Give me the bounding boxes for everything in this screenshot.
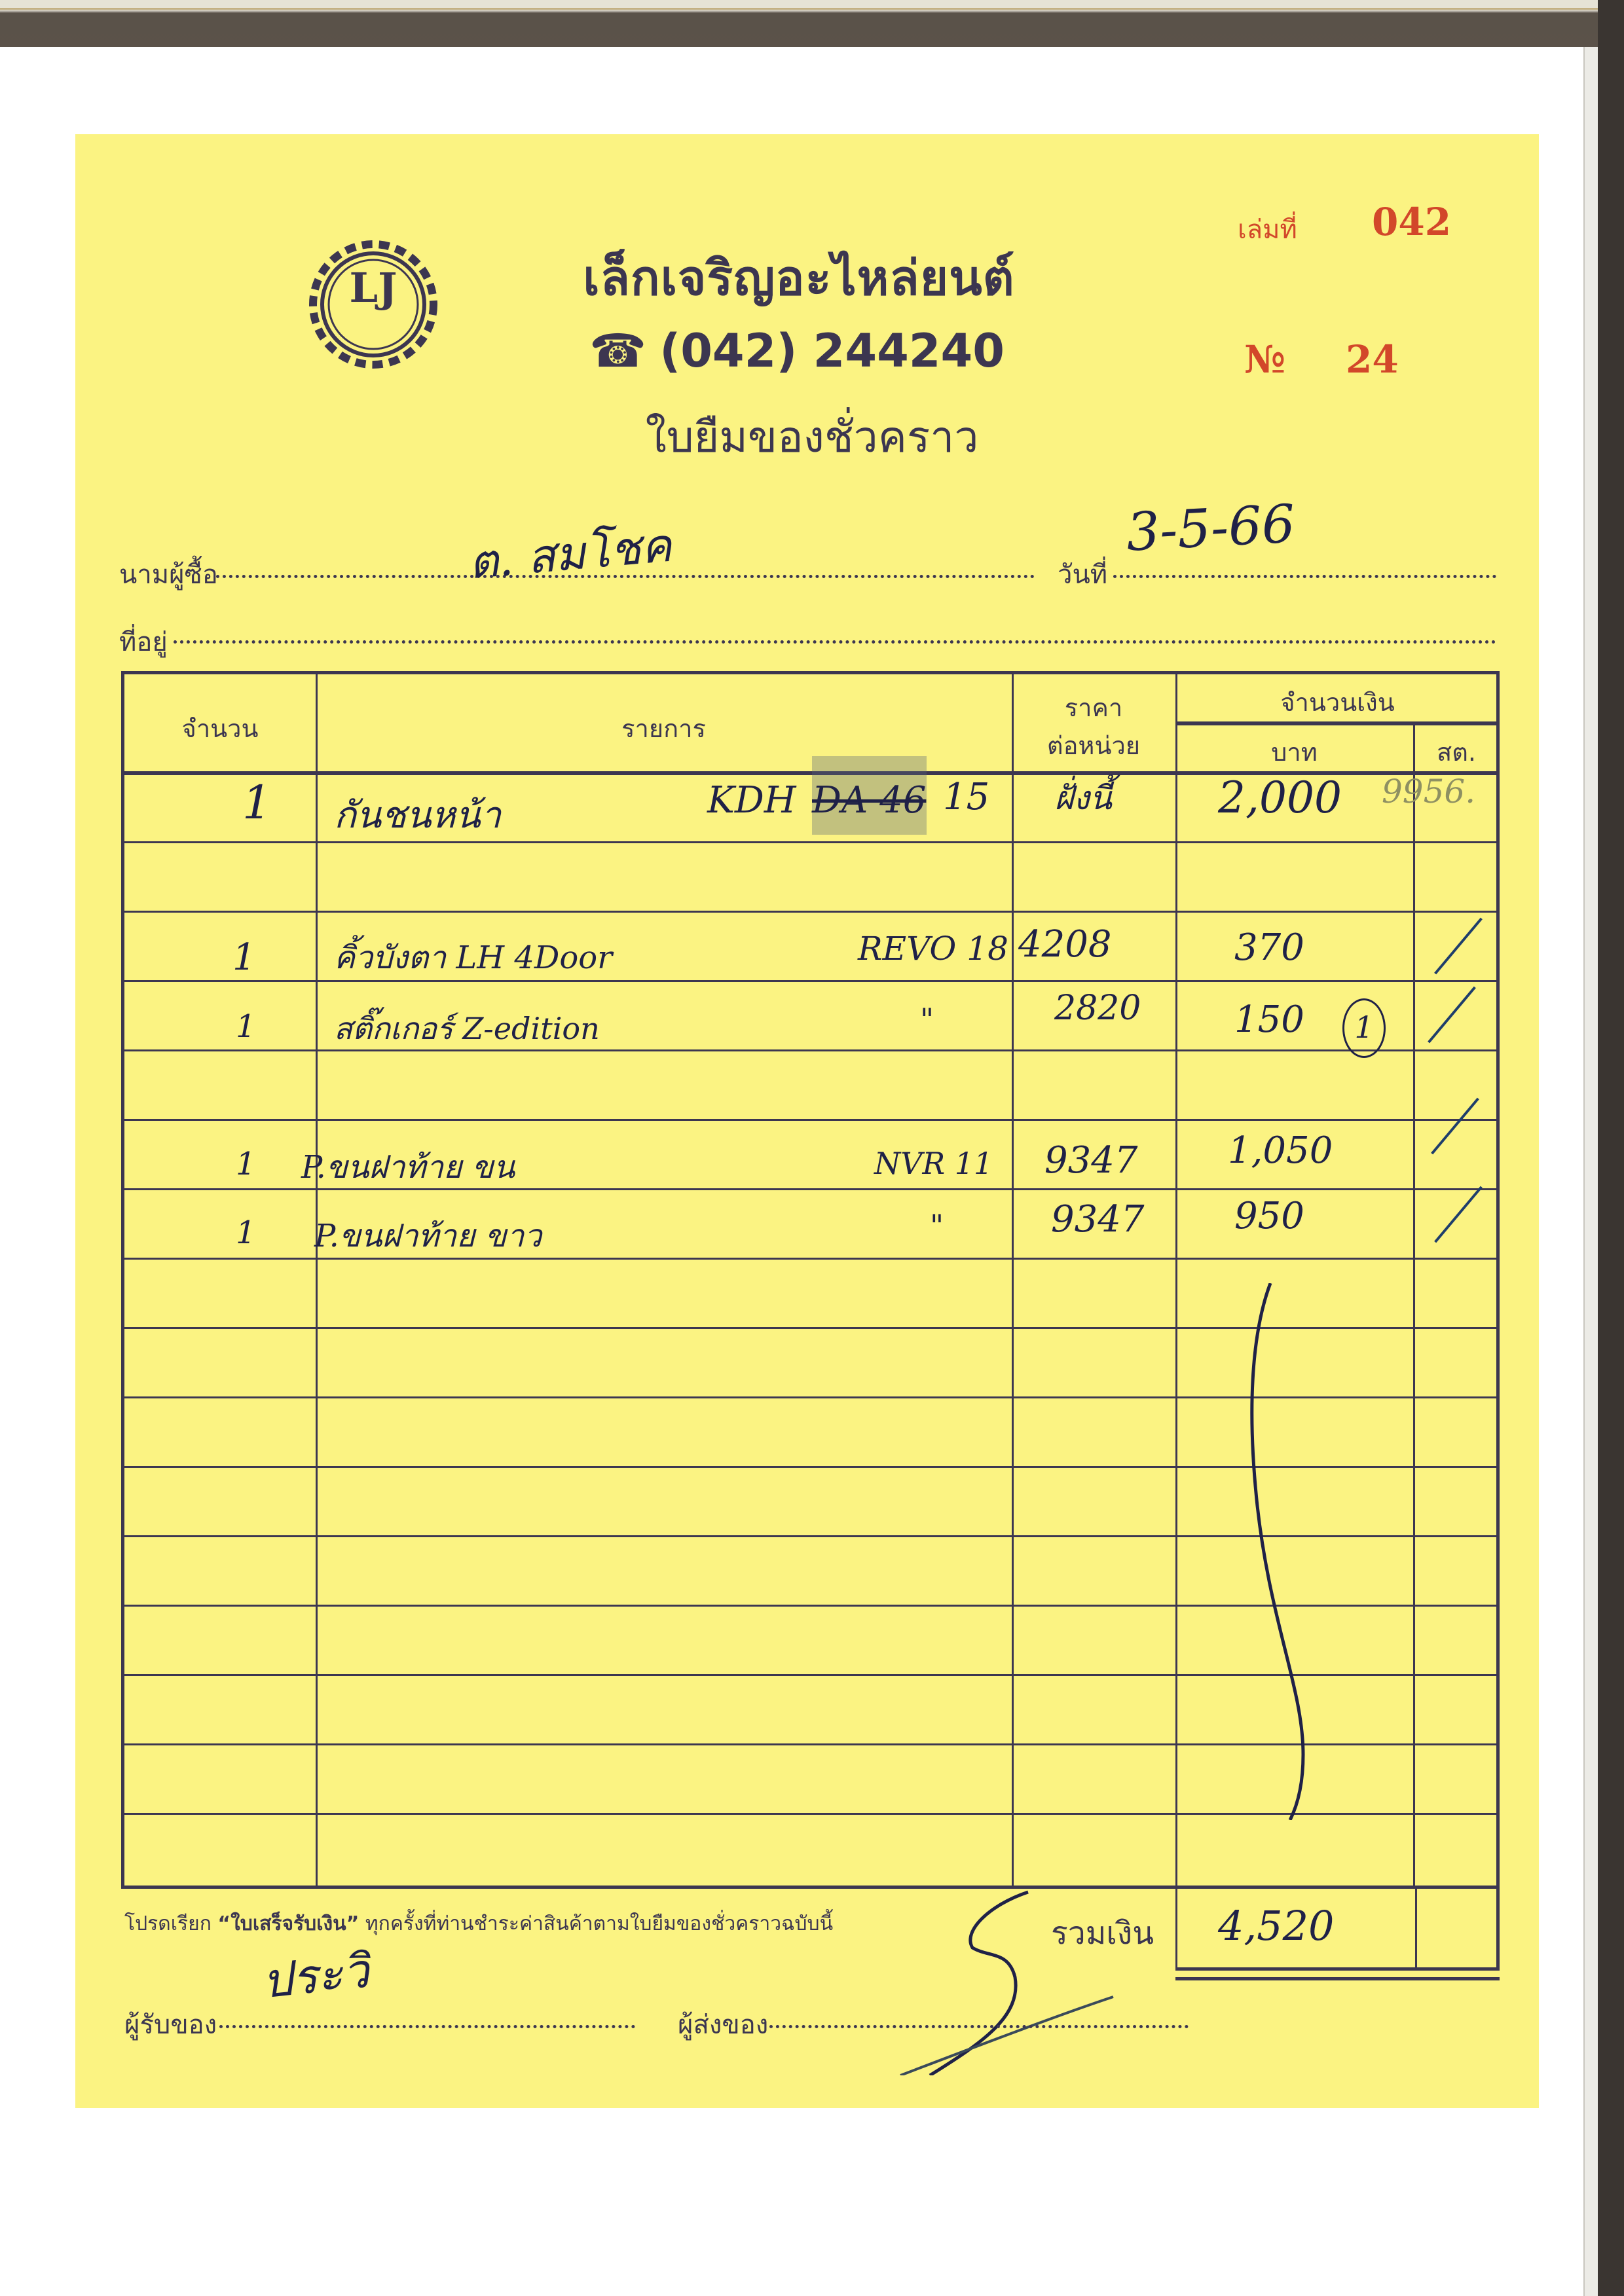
address-label: ที่อยู่ [119, 621, 168, 663]
header-qty: จำนวน [124, 708, 316, 748]
header-item: รายการ [316, 708, 1012, 748]
row-baht: 1,050 [1228, 1129, 1333, 1172]
col-divider [1175, 674, 1177, 1886]
row-line [124, 1049, 1496, 1051]
row-qty: 1 [236, 1008, 256, 1045]
row-qty: 1 [236, 1146, 256, 1182]
svg-text:LJ: LJ [350, 264, 397, 312]
col-divider [316, 674, 318, 1886]
circled-note: 1 [1342, 998, 1386, 1058]
row-model: " [930, 1208, 944, 1243]
header-satang: สต. [1413, 732, 1500, 772]
row-unit-price: 4208 [1018, 923, 1112, 966]
notice-prefix: โปรดเรียก [124, 1912, 217, 1935]
notice-bold: “ใบเสร็จรับเงิน” [217, 1912, 359, 1935]
row-qty: 1 [236, 1214, 256, 1251]
date-label: วันที่ [1058, 553, 1107, 595]
company-name: เล็กเจริญอะไหล่ยนต์ [537, 239, 1061, 316]
phone-number: (042) 244240 [659, 324, 1005, 378]
scanner-right-edge [1598, 0, 1624, 2296]
row-item: กันชนหน้า [334, 786, 501, 844]
receiver-signature: ประวิ [258, 1933, 373, 2018]
col-divider [1413, 723, 1415, 1886]
row-item: P.ขนฝาท้าย ขาว [314, 1211, 542, 1261]
row-line [124, 841, 1496, 843]
row-model-suffix: 15 [943, 776, 989, 818]
buyer-label: นามผู้ซื้อ [119, 553, 218, 595]
row-model: " [920, 1002, 934, 1037]
col-divider [1012, 674, 1014, 1886]
sender-signature-icon [891, 1886, 1153, 2075]
row-model: KDH [707, 779, 796, 822]
row-item: P.ขนฝาท้าย ขน [301, 1142, 515, 1192]
company-logo-icon: LJ [308, 239, 439, 370]
date-handwritten: 3-5-66 [1125, 493, 1297, 562]
footer-notice: โปรดเรียก “ใบเสร็จรับเงิน” ทุกครั้งที่ท่… [124, 1908, 833, 1939]
total-value: 4,520 [1218, 1902, 1335, 1950]
row-line [124, 911, 1496, 913]
scanner-top-edge [0, 0, 1624, 51]
address-dotted-line [174, 640, 1496, 644]
phone-line: ☎ (042) 244240 [589, 324, 1005, 378]
row-baht: 370 [1234, 926, 1304, 969]
row-baht: 950 [1234, 1195, 1304, 1237]
header-unit-price-2: ต่อหน่วย [1012, 725, 1175, 765]
col-divider [1415, 1886, 1417, 1967]
row-model: NVR 11 [874, 1146, 993, 1181]
row-satang-note: 9956. [1382, 773, 1475, 811]
row-baht: 150 [1234, 998, 1304, 1041]
row-item: คิ้วบังตา LH 4Door [334, 933, 612, 983]
date-dotted-line [1113, 575, 1496, 578]
total-double-underline [1175, 1977, 1500, 1980]
row-line [124, 1119, 1496, 1121]
row-qty: 1 [232, 936, 256, 979]
header-unit-price-1: ราคา [1012, 687, 1175, 727]
row-qty: 1 [242, 776, 272, 829]
book-number: 042 [1372, 200, 1451, 244]
document-title: ใบยืมของชั่วคราว [629, 403, 995, 471]
notice-suffix: ทุกครั้งที่ท่านชำระค่าสินค้าตามใบยืมของช… [359, 1912, 833, 1935]
sender-label: ผู้ส่งของ [678, 2003, 768, 2045]
receipt-number-label: № [1244, 337, 1285, 382]
row-line [124, 980, 1496, 982]
header-baht: บาท [1175, 732, 1413, 772]
row-model-struck: DA 46 [812, 779, 926, 822]
row-unit-price: ฝั่งนี้ [1054, 773, 1112, 824]
row-unit-price: 2820 [1054, 989, 1141, 1028]
header-amount: จำนวนเงิน [1175, 682, 1500, 722]
row-unit-price: 9347 [1044, 1139, 1138, 1182]
row-model: REVO 18 [858, 930, 1008, 968]
row-item: สติ๊กเกอร์ Z-edition [334, 1005, 600, 1053]
receiver-dotted-line [219, 2025, 635, 2028]
row-baht: 2,000 [1218, 773, 1342, 823]
telephone-icon: ☎ [589, 324, 646, 378]
sender-dotted-line [769, 2025, 1189, 2028]
bracket-line-icon [1231, 1283, 1336, 1820]
book-number-label: เล่มที่ [1238, 208, 1297, 250]
receipt-number: 24 [1346, 337, 1399, 382]
receiver-label: ผู้รับของ [124, 2003, 217, 2045]
row-unit-price: 9347 [1051, 1198, 1145, 1241]
